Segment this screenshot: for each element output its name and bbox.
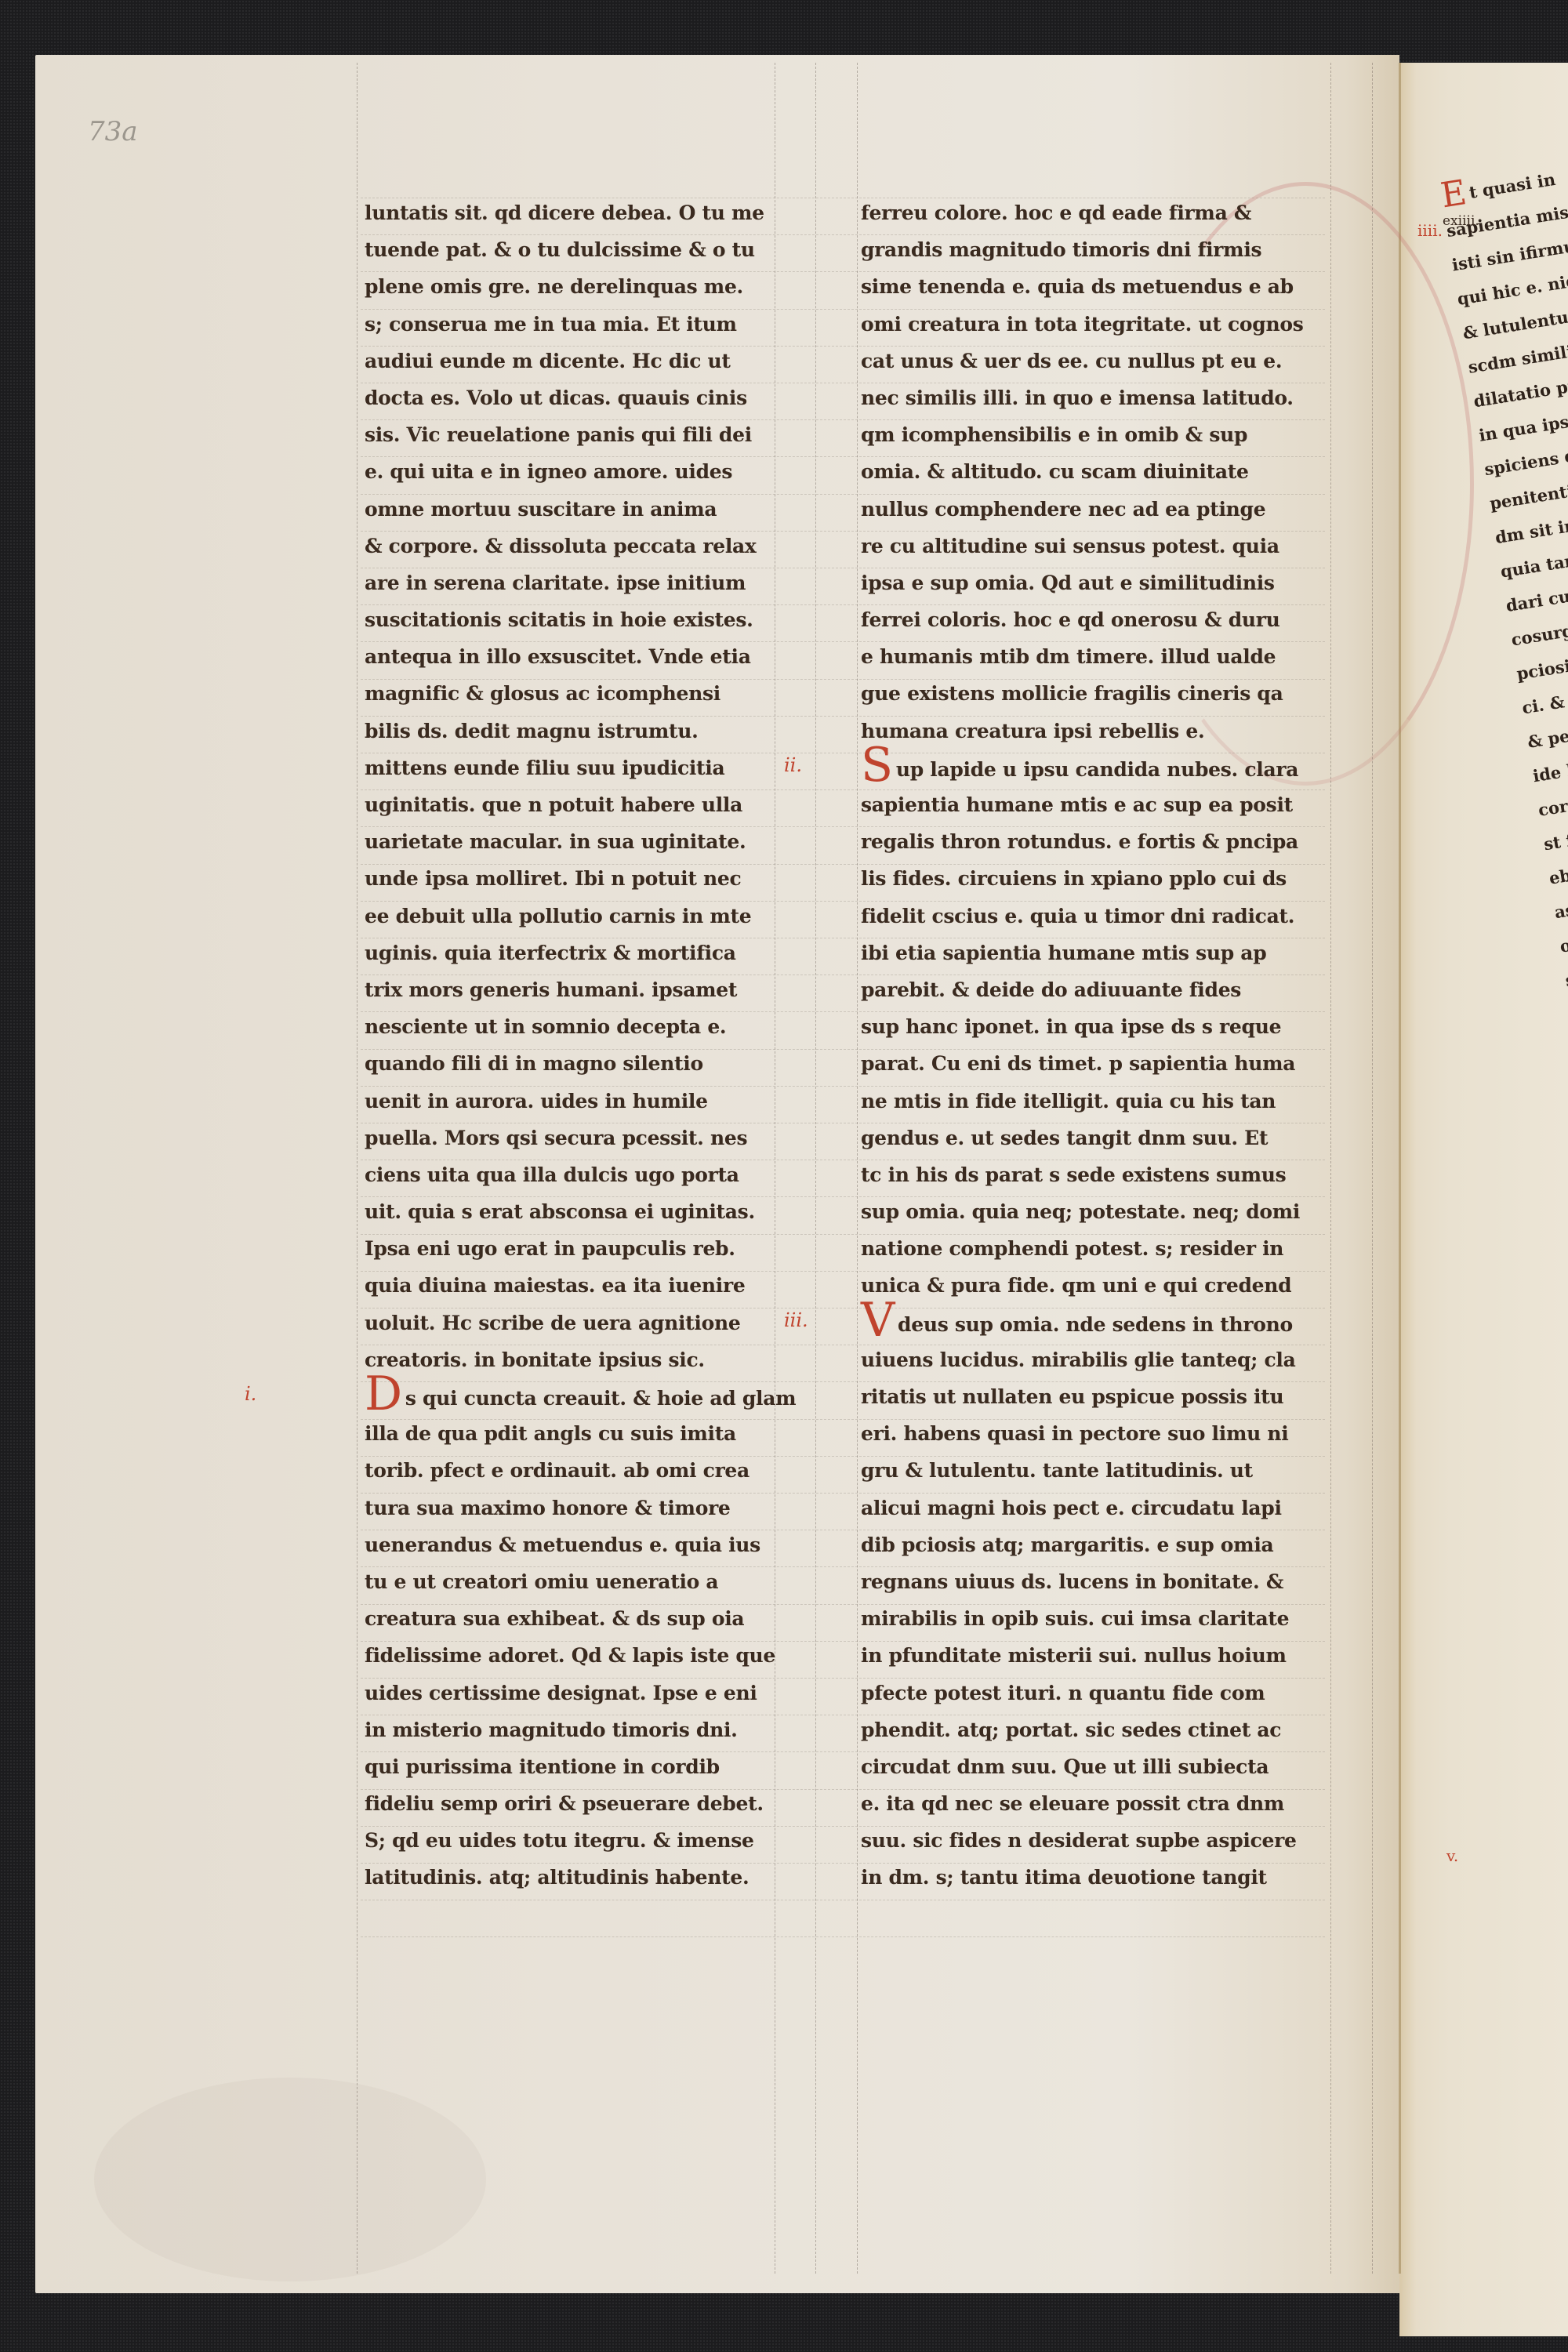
text-line-content: fideliu semp oriri & pseuerare debet. — [365, 1792, 764, 1815]
text-line: Sup lapide u ipsu candida nubes. clara — [861, 750, 1331, 786]
text-line-content: e. qui uita e in igneo amore. uides — [365, 460, 732, 483]
text-line-content: s qui cuncta creauit. & hoie ad glam — [405, 1387, 796, 1410]
text-line-content: unica & pura fide. qm uni e qui credend — [861, 1274, 1291, 1297]
text-line: tuende pat. & o tu dulcissime & o tu — [365, 231, 811, 268]
facing-margin-numeral-bottom: v. — [1446, 1846, 1458, 1865]
text-line: ferreu colore. hoc e qd eade firma & — [861, 194, 1331, 231]
text-line: qui purissima itentione in cordib — [365, 1748, 811, 1785]
margin-numeral: ii. — [784, 754, 802, 776]
text-line: humana creatura ipsi rebellis e. — [861, 713, 1331, 750]
text-line: gue existens mollicie fragilis cineris q… — [861, 675, 1331, 712]
text-line-content: uoluit. Hc scribe de uera agnitione — [365, 1312, 740, 1334]
text-line-content: quando fili di in magno silentio — [365, 1052, 703, 1075]
text-line: e. ita qd nec se eleuare possit ctra dnm — [861, 1785, 1331, 1822]
text-line-content: in dm. s; tantu itima deuotione tangit — [861, 1866, 1267, 1889]
text-line-content: alicui magni hois pect e. circudatu lapi — [861, 1497, 1282, 1519]
text-line: phendit. atq; portat. sic sedes ctinet a… — [861, 1711, 1331, 1748]
right-text-column: ferreu colore. hoc e qd eade firma &gran… — [861, 194, 1331, 1896]
text-line-content: unde ipsa molliret. Ibi n potuit nec — [365, 867, 741, 890]
text-line-content: parat. Cu eni ds timet. p sapientia huma — [861, 1052, 1295, 1075]
text-line: qm icomphensibilis e in omib & sup — [861, 416, 1331, 453]
text-line: unica & pura fide. qm uni e qui credend — [861, 1267, 1331, 1304]
text-line-content: ferrei coloris. hoc e qd onerosu & duru — [861, 608, 1280, 631]
text-line-content: sis. Vic reuelatione panis qui fili dei — [365, 423, 752, 446]
text-line: creatoris. in bonitate ipsius sic. — [365, 1341, 811, 1378]
text-line-content: tc in his ds parat s sede existens sumus — [861, 1163, 1286, 1186]
text-line-content: antequa in illo exsuscitet. Vnde etia — [365, 645, 751, 668]
text-line: magnific & glosus ac icomphensi — [365, 675, 811, 712]
text-line-content: puella. Mors qsi secura pcessit. nes — [365, 1127, 747, 1149]
text-line: S; qd eu uides totu itegru. & imense — [365, 1822, 811, 1859]
text-line-content: audiui eunde m dicente. Hc dic ut — [365, 350, 731, 372]
text-line: mittens eunde filiu suu ipudicitia — [365, 750, 811, 786]
text-line-content: gru & lutulentu. tante latitudinis. ut — [861, 1459, 1253, 1482]
text-line: circudat dnm suu. Que ut illi subiecta — [861, 1748, 1331, 1785]
text-line-content: omne mortuu suscitare in anima — [365, 498, 717, 521]
text-line: antequa in illo exsuscitet. Vnde etia — [365, 638, 811, 675]
facing-rubricated-initial: E — [1439, 177, 1468, 212]
text-line-content: pfecte potest ituri. n quantu fide com — [861, 1682, 1265, 1704]
text-line: dib pciosis atq; margaritis. e sup omia — [861, 1526, 1331, 1563]
text-line-content: S; qd eu uides totu itegru. & imense — [365, 1829, 754, 1852]
text-line-content: natione comphendi potest. s; resider in — [861, 1237, 1283, 1260]
text-line-content: creatura sua exhibeat. & ds sup oia — [365, 1607, 744, 1630]
text-line: illa de qua pdit angls cu suis imita — [365, 1415, 811, 1452]
text-line-content: dib pciosis atq; margaritis. e sup omia — [861, 1534, 1273, 1556]
text-line-content: regalis thron rotundus. e fortis & pncip… — [861, 830, 1298, 853]
text-line-content: illa de qua pdit angls cu suis imita — [365, 1422, 736, 1445]
text-line-content: mittens eunde filiu suu ipudicitia — [365, 757, 724, 779]
text-line: quia diuina maiestas. ea ita iuenire — [365, 1267, 811, 1304]
text-line-content: nec similis illi. in quo e imensa latitu… — [861, 387, 1294, 409]
text-line: ciens uita qua illa dulcis ugo porta — [365, 1156, 811, 1193]
text-line-content: ipsa e sup omia. Qd aut e similitudinis — [861, 572, 1275, 594]
parchment-stain — [94, 2078, 486, 2281]
text-line-content: bilis ds. dedit magnu istrumtu. — [365, 720, 699, 742]
text-line-content: nullus comphendere nec ad ea ptinge — [861, 498, 1265, 521]
text-line-content: tura sua maximo honore & timore — [365, 1497, 731, 1519]
text-line: ferrei coloris. hoc e qd onerosu & duru — [861, 601, 1331, 638]
text-line-content: ee debuit ulla pollutio carnis in mte — [365, 905, 751, 927]
text-line: gru & lutulentu. tante latitudinis. ut — [861, 1452, 1331, 1489]
text-line: sime tenenda e. quia ds metuendus e ab — [861, 268, 1331, 305]
text-line: parebit. & deide do adiuuante fides — [861, 971, 1331, 1008]
text-line: nesciente ut in somnio decepta e. — [365, 1008, 811, 1045]
text-line-content: qm icomphensibilis e in omib & sup — [861, 423, 1247, 446]
text-line-content: nesciente ut in somnio decepta e. — [365, 1015, 726, 1038]
text-line-content: uenerandus & metuendus e. quia ius — [365, 1534, 760, 1556]
text-line-content: latitudinis. atq; altitudinis habente. — [365, 1866, 749, 1889]
text-line: & corpore. & dissoluta peccata relax — [365, 528, 811, 564]
text-line-content: mirabilis in opib suis. cui imsa clarita… — [861, 1607, 1289, 1630]
text-line: grandis magnitudo timoris dni firmis — [861, 231, 1331, 268]
text-line: e humanis mtib dm timere. illud ualde — [861, 638, 1331, 675]
text-line: suu. sic fides n desiderat supbe aspicer… — [861, 1822, 1331, 1859]
text-line: nullus comphendere nec ad ea ptinge — [861, 491, 1331, 528]
text-line-content: uides certissime designat. Ipse e eni — [365, 1682, 757, 1704]
text-line: regnans uiuus ds. lucens in bonitate. & — [861, 1563, 1331, 1600]
text-line: pfecte potest ituri. n quantu fide com — [861, 1675, 1331, 1711]
text-line: are in serena claritate. ipse initium — [365, 564, 811, 601]
text-line: quando fili di in magno silentio — [365, 1045, 811, 1082]
text-line: creatura sua exhibeat. & ds sup oia — [365, 1600, 811, 1637]
text-line-content: regnans uiuus ds. lucens in bonitate. & — [861, 1570, 1283, 1593]
text-line-content: fidelissime adoret. Qd & lapis iste que — [365, 1644, 775, 1667]
text-line: omne mortuu suscitare in anima — [365, 491, 811, 528]
text-line-content: suscitationis scitatis in hoie existes. — [365, 608, 753, 631]
text-line-content: phendit. atq; portat. sic sedes ctinet a… — [861, 1719, 1281, 1741]
text-line: in misterio magnitudo timoris dni. — [365, 1711, 811, 1748]
text-line: in dm. s; tantu itima deuotione tangit — [861, 1859, 1331, 1896]
text-line: e. qui uita e in igneo amore. uides — [365, 453, 811, 490]
text-line-content: uenit in aurora. uides in humile — [365, 1090, 708, 1112]
rubricated-initial: S — [861, 750, 893, 781]
text-line-content: circudat dnm suu. Que ut illi subiecta — [861, 1755, 1269, 1778]
text-line-content: are in serena claritate. ipse initium — [365, 572, 746, 594]
text-line-content: deus sup omia. nde sedens in throno — [898, 1313, 1293, 1336]
text-line-content: uiuens lucidus. mirabilis glie tanteq; c… — [861, 1348, 1296, 1371]
text-line-content: grandis magnitudo timoris dni firmis — [861, 238, 1261, 261]
text-line-content: ne mtis in fide itelligit. quia cu his t… — [861, 1090, 1276, 1112]
text-line-content: uarietate macular. in sua uginitate. — [365, 830, 746, 853]
text-line: Ds qui cuncta creauit. & hoie ad glam — [365, 1378, 811, 1415]
text-line-content: e. ita qd nec se eleuare possit ctra dnm — [861, 1792, 1284, 1815]
text-line-content: sup omia. quia neq; potestate. neq; domi — [861, 1200, 1300, 1223]
text-line-content: up lapide u ipsu candida nubes. clara — [896, 758, 1298, 781]
text-line-content: re cu altitudine sui sensus potest. quia — [861, 535, 1279, 557]
text-line: luntatis sit. qd dicere debea. O tu me — [365, 194, 811, 231]
text-line-content: torib. pfect e ordinauit. ab omi crea — [365, 1459, 750, 1482]
text-line-content: docta es. Volo ut dicas. quauis cinis — [365, 387, 747, 409]
rubricated-initial: D — [365, 1378, 402, 1410]
text-line-content: fidelit cscius e. quia u timor dni radic… — [861, 905, 1294, 927]
text-line-content: s; conserua me in tua mia. Et itum — [365, 313, 737, 336]
text-line: uarietate macular. in sua uginitate. — [365, 823, 811, 860]
text-line-content: uit. quia s erat absconsa ei uginitas. — [365, 1200, 755, 1223]
text-line: uenit in aurora. uides in humile — [365, 1083, 811, 1120]
text-line-content: sime tenenda e. quia ds metuendus e ab — [861, 275, 1294, 298]
text-line-content: suu. sic fides n desiderat supbe aspicer… — [861, 1829, 1297, 1852]
text-line: suscitationis scitatis in hoie existes. — [365, 601, 811, 638]
text-line: Ipsa eni ugo erat in paupculis reb. — [365, 1230, 811, 1267]
text-line: ee debuit ulla pollutio carnis in mte — [365, 898, 811, 935]
text-line-content: ritatis ut nullaten eu pspicue possis it… — [861, 1385, 1283, 1408]
text-line: fidelissime adoret. Qd & lapis iste que — [365, 1637, 811, 1674]
text-line: tura sua maximo honore & timore — [365, 1490, 811, 1526]
text-line-content: parebit. & deide do adiuuante fides — [861, 978, 1241, 1001]
text-line-content: omia. & altitudo. cu scam diuinitate — [861, 460, 1249, 483]
ruling-line-vertical — [1372, 63, 1373, 2274]
text-line: trix mors generis humani. ipsamet — [365, 971, 811, 1008]
text-line: ipsa e sup omia. Qd aut e similitudinis — [861, 564, 1331, 601]
text-line: fidelit cscius e. quia u timor dni radic… — [861, 898, 1331, 935]
text-line-content: Ipsa eni ugo erat in paupculis reb. — [365, 1237, 735, 1260]
text-line-content: tuende pat. & o tu dulcissime & o tu — [365, 238, 755, 261]
text-line-content: cat unus & uer ds ee. cu nullus pt eu e. — [861, 350, 1282, 372]
text-line-content: ferreu colore. hoc e qd eade firma & — [861, 201, 1251, 224]
rubricated-initial: V — [861, 1305, 895, 1336]
text-line: ritatis ut nullaten eu pspicue possis it… — [861, 1378, 1331, 1415]
ruling-line-vertical — [857, 63, 858, 2274]
text-line-content: e humanis mtib dm timere. illud ualde — [861, 645, 1276, 668]
text-line-content: humana creatura ipsi rebellis e. — [861, 720, 1204, 742]
text-line: bilis ds. dedit magnu istrumtu. — [365, 713, 811, 750]
text-line: ne mtis in fide itelligit. quia cu his t… — [861, 1083, 1331, 1120]
ruling-line-horizontal — [361, 1900, 1325, 1901]
text-line: sup hanc iponet. in qua ipse ds s reque — [861, 1008, 1331, 1045]
text-line-content: qui purissima itentione in cordib — [365, 1755, 720, 1778]
text-line-content: uginis. quia iterfectrix & mortifica — [365, 942, 736, 964]
text-line: plene omis gre. ne derelinquas me. — [365, 268, 811, 305]
text-line-content: & corpore. & dissoluta peccata relax — [365, 535, 757, 557]
text-line: omia. & altitudo. cu scam diuinitate — [861, 453, 1331, 490]
text-line-content: plene omis gre. ne derelinquas me. — [365, 275, 743, 298]
facing-marginal-note: exiiii. — [1443, 213, 1479, 229]
text-line: re cu altitudine sui sensus potest. quia — [861, 528, 1331, 564]
text-line: in pfunditate misterii sui. nullus hoium — [861, 1637, 1331, 1674]
text-line-content: omi creatura in tota itegritate. ut cogn… — [861, 313, 1304, 336]
text-line-content: creatoris. in bonitate ipsius sic. — [365, 1348, 705, 1371]
left-text-column: luntatis sit. qd dicere debea. O tu metu… — [365, 194, 811, 1896]
text-line-content: ibi etia sapientia humane mtis sup ap — [861, 942, 1266, 964]
text-line-content: eri. habens quasi in pectore suo limu ni — [861, 1422, 1288, 1445]
text-line: fideliu semp oriri & pseuerare debet. — [365, 1785, 811, 1822]
text-line: tc in his ds parat s sede existens sumus — [861, 1156, 1331, 1193]
text-line: sis. Vic reuelatione panis qui fili dei — [365, 416, 811, 453]
text-line-content: magnific & glosus ac icomphensi — [365, 682, 720, 705]
ruling-line-vertical — [357, 63, 358, 2274]
margin-numeral: i. — [245, 1383, 256, 1405]
text-line: uides certissime designat. Ipse e eni — [365, 1675, 811, 1711]
text-line: ibi etia sapientia humane mtis sup ap — [861, 935, 1331, 971]
text-line: natione comphendi potest. s; resider in — [861, 1230, 1331, 1267]
ruling-line-horizontal — [361, 1936, 1325, 1938]
text-line: uoluit. Hc scribe de uera agnitione — [365, 1305, 811, 1341]
text-line: uginitatis. que n potuit habere ulla — [365, 786, 811, 823]
text-line: nec similis illi. in quo e imensa latitu… — [861, 379, 1331, 416]
text-line-content: gendus e. ut sedes tangit dnm suu. Et — [861, 1127, 1268, 1149]
text-line: eri. habens quasi in pectore suo limu ni — [861, 1415, 1331, 1452]
text-line: uenerandus & metuendus e. quia ius — [365, 1526, 811, 1563]
text-line-content: trix mors generis humani. ipsamet — [365, 978, 737, 1001]
folio-number: 73a — [88, 116, 138, 147]
text-line: tu e ut creatori omiu ueneratio a — [365, 1563, 811, 1600]
text-line-content: uginitatis. que n potuit habere ulla — [365, 793, 742, 816]
text-line: regalis thron rotundus. e fortis & pncip… — [861, 823, 1331, 860]
text-line-content: ciens uita qua illa dulcis ugo porta — [365, 1163, 739, 1186]
text-line: latitudinis. atq; altitudinis habente. — [365, 1859, 811, 1896]
text-line: parat. Cu eni ds timet. p sapientia huma — [861, 1045, 1331, 1082]
text-line: omi creatura in tota itegritate. ut cogn… — [861, 306, 1331, 343]
text-line-content: tu e ut creatori omiu ueneratio a — [365, 1570, 718, 1593]
text-line-content: lis fides. circuiens in xpiano pplo cui … — [861, 867, 1287, 890]
text-line: Vdeus sup omia. nde sedens in throno — [861, 1305, 1331, 1341]
text-line: unde ipsa molliret. Ibi n potuit nec — [365, 860, 811, 897]
text-line: sapientia humane mtis e ac sup ea posit — [861, 786, 1331, 823]
text-line: cat unus & uer ds ee. cu nullus pt eu e. — [861, 343, 1331, 379]
ruling-line-vertical — [815, 63, 816, 2274]
text-line: alicui magni hois pect e. circudatu lapi — [861, 1490, 1331, 1526]
text-line-content: luntatis sit. qd dicere debea. O tu me — [365, 201, 764, 224]
text-line: uginis. quia iterfectrix & mortifica — [365, 935, 811, 971]
text-line-content: sapientia humane mtis e ac sup ea posit — [861, 793, 1293, 816]
text-line: puella. Mors qsi secura pcessit. nes — [365, 1120, 811, 1156]
text-line-content: in misterio magnitudo timoris dni. — [365, 1719, 738, 1741]
text-line: torib. pfect e ordinauit. ab omi crea — [365, 1452, 811, 1489]
text-line: docta es. Volo ut dicas. quauis cinis — [365, 379, 811, 416]
text-line: lis fides. circuiens in xpiano pplo cui … — [861, 860, 1331, 897]
text-line-content: gue existens mollicie fragilis cineris q… — [861, 682, 1283, 705]
facing-margin-numeral-top: iiii. — [1417, 221, 1443, 240]
text-line: uit. quia s erat absconsa ei uginitas. — [365, 1193, 811, 1230]
text-line-content: in pfunditate misterii sui. nullus hoium — [861, 1644, 1287, 1667]
text-line-content: sup hanc iponet. in qua ipse ds s reque — [861, 1015, 1281, 1038]
text-line-content: quia diuina maiestas. ea ita iuenire — [365, 1274, 745, 1297]
text-line: gendus e. ut sedes tangit dnm suu. Et — [861, 1120, 1331, 1156]
text-line: audiui eunde m dicente. Hc dic ut — [365, 343, 811, 379]
margin-numeral: iii. — [784, 1309, 808, 1331]
text-line: s; conserua me in tua mia. Et itum — [365, 306, 811, 343]
text-line: uiuens lucidus. mirabilis glie tanteq; c… — [861, 1341, 1331, 1378]
text-line: mirabilis in opib suis. cui imsa clarita… — [861, 1600, 1331, 1637]
text-line: sup omia. quia neq; potestate. neq; domi — [861, 1193, 1331, 1230]
